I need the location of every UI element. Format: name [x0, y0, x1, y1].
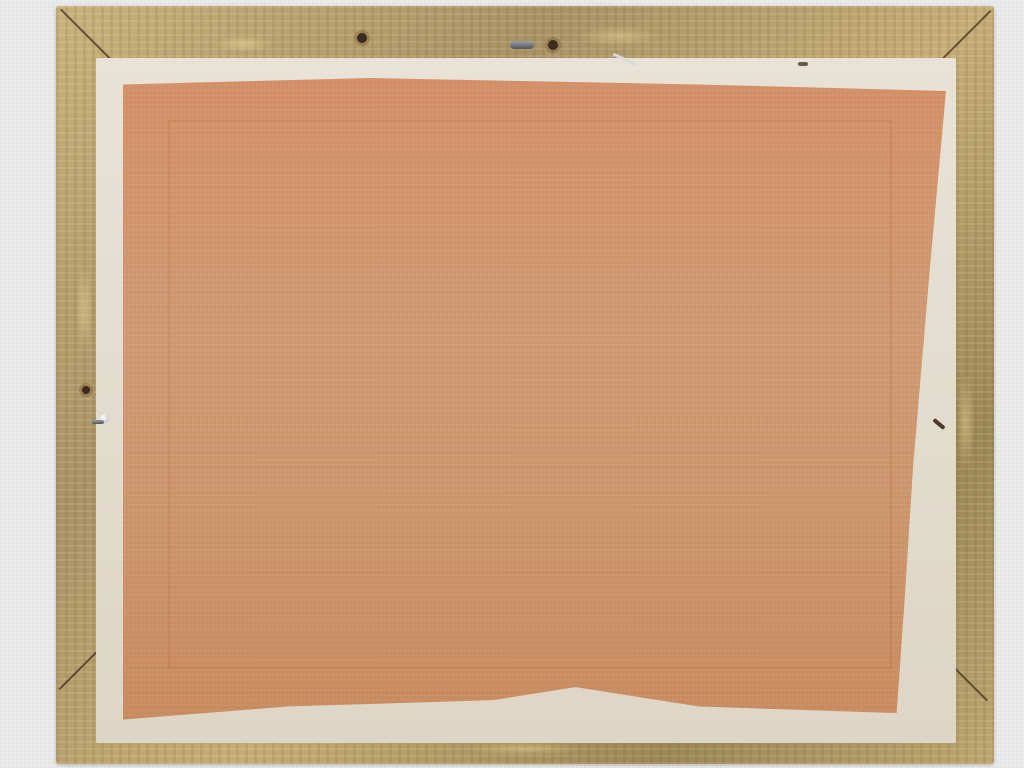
staple-icon — [510, 41, 534, 49]
nail-hole-icon — [82, 386, 90, 394]
nail-hole-icon — [548, 40, 558, 50]
nail-top-right-icon — [798, 62, 808, 66]
nail-hole-icon — [357, 33, 367, 43]
miter-joint-top-left — [60, 9, 111, 60]
miter-joint-top-right — [941, 10, 992, 61]
board-inset-outline — [168, 120, 892, 669]
nail-left-icon — [92, 420, 104, 424]
